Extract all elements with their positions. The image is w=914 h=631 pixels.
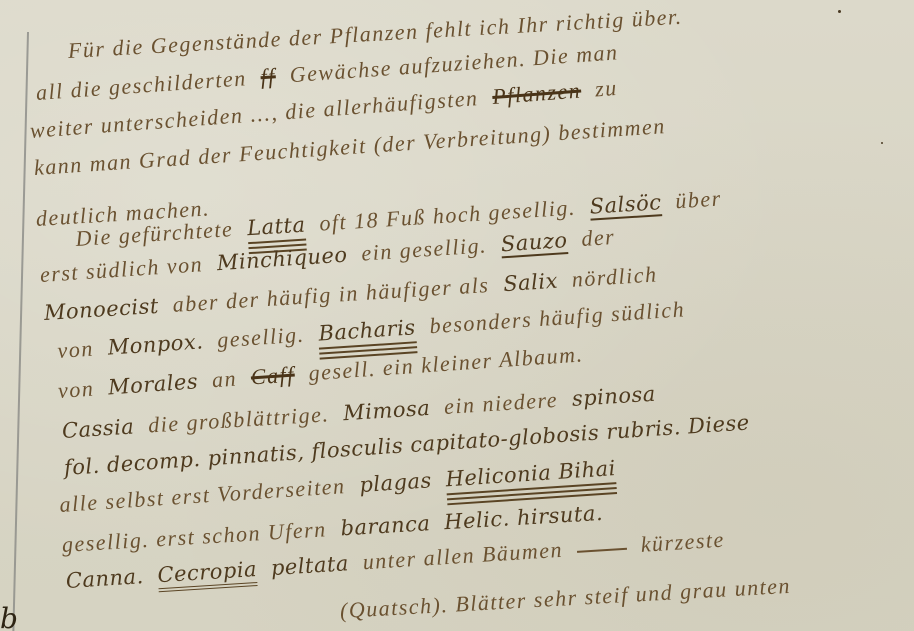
ink-dash bbox=[577, 547, 627, 552]
underlined-species-name: Sauzo bbox=[500, 228, 568, 256]
kurrent-text: über bbox=[675, 185, 723, 214]
margin-rule-line bbox=[12, 32, 28, 631]
latin-term: Mimosa bbox=[342, 396, 430, 425]
kurrent-text: kürzeste bbox=[640, 527, 726, 558]
kurrent-text: von bbox=[57, 376, 95, 404]
struck-through-word: Pflanzen bbox=[491, 78, 582, 110]
manuscript-page: Für die Gegenstände der Pflanzen fehlt i… bbox=[0, 0, 914, 631]
latin-term: Helic. hirsuta. bbox=[444, 501, 604, 534]
underlined-species-name: Salsöc bbox=[589, 190, 662, 218]
kurrent-text: ein niedere bbox=[443, 387, 558, 420]
latin-term: baranca bbox=[340, 511, 431, 540]
kurrent-text: gesellig. bbox=[216, 322, 305, 354]
struck-through-word: Caff bbox=[250, 361, 296, 390]
ink-speck bbox=[881, 142, 883, 144]
kurrent-text: nördlich bbox=[571, 261, 658, 292]
manuscript-line: (Quatsch). Blätter sehr steif und grau u… bbox=[339, 572, 805, 624]
ink-speck bbox=[838, 10, 841, 13]
latin-term: Monpox. bbox=[107, 329, 204, 359]
kurrent-text: aber der häufig in häufiger als bbox=[172, 272, 490, 318]
kurrent-text: unter allen Bäumen bbox=[362, 537, 564, 576]
edge-fragment-mark: b bbox=[0, 602, 18, 631]
kurrent-text: an bbox=[211, 366, 238, 394]
kurrent-text: all die geschilderten bbox=[35, 65, 247, 106]
kurrent-text: von bbox=[57, 336, 95, 364]
latin-term: Monoecist bbox=[43, 294, 159, 325]
latin-term: Cassia bbox=[61, 414, 135, 442]
kurrent-text: die großblättrige. bbox=[147, 401, 330, 438]
latin-term: Salix bbox=[502, 269, 558, 296]
latin-term: Canna. bbox=[65, 564, 144, 593]
latin-term: peltata bbox=[270, 551, 349, 580]
kurrent-text: alle selbst erst Vorderseiten bbox=[59, 473, 347, 518]
kurrent-text: erst südlich von bbox=[39, 251, 204, 288]
double-underlined-species-name: Cecropia bbox=[157, 557, 258, 592]
latin-term: plagas bbox=[359, 468, 433, 497]
kurrent-text: zu bbox=[594, 75, 618, 103]
kurrent-text: der bbox=[581, 224, 616, 252]
kurrent-text: besonders häufig südlich bbox=[429, 296, 686, 339]
latin-term: spinosa bbox=[571, 382, 656, 411]
struck-through-word: ff bbox=[260, 63, 277, 90]
kurrent-text: (Quatsch). Blätter sehr steif und grau u… bbox=[339, 573, 791, 624]
triple-underlined-species-name: Heliconia Bihai bbox=[445, 456, 618, 505]
latin-term: Morales bbox=[107, 369, 199, 399]
